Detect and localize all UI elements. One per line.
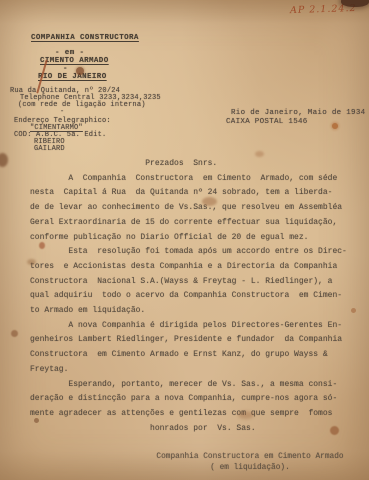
- letterhead-company-name: COMPANHIA CONSTRUCTORA: [31, 34, 139, 42]
- body-line: A Companhia Constructora em Cimento Arma…: [30, 172, 347, 187]
- letterhead-material: CIMENTO ARMADO: [40, 57, 109, 65]
- date-line: Rio de Janeiro, Maio de 1934: [231, 109, 365, 117]
- paper-stain: [332, 123, 338, 129]
- letterhead-separator-2: -: [60, 108, 64, 116]
- body-line: genheiros Lambert Riedlinger, Presidente…: [30, 333, 347, 348]
- letter-scan: AP 2.1.24.2 COMPANHIA CONSTRUCTORA - em …: [0, 0, 369, 480]
- body-line: Esperando, portanto, merecer de Vs. Sas.…: [30, 378, 347, 393]
- letterhead-separator-1: -: [63, 65, 68, 73]
- telegraph-code-gailard: GAILARD: [34, 145, 65, 153]
- body-line: nesta Capital á Rua da Quitanda nº 24 so…: [30, 186, 347, 201]
- letterhead-em: - em -: [55, 49, 84, 57]
- letterhead-phone-note: (com rede de ligação interna): [18, 101, 146, 109]
- letter-body: Prezados Snrs. A Companhia Constructora …: [30, 157, 347, 436]
- body-line: qual adquiriu todo o acervo da Companhia…: [30, 289, 347, 304]
- body-line: Prezados Snrs.: [30, 157, 347, 172]
- body-line: Freytag.: [30, 363, 347, 378]
- caixa-postal: CAIXA POSTAL 1546: [226, 118, 308, 126]
- signature-line-2: ( em liquidação).: [140, 463, 360, 474]
- body-line: tores e Accionistas desta Companhia e a …: [30, 260, 347, 275]
- body-line: Constructora em Cimento Armado e Ernst K…: [30, 348, 347, 363]
- body-line: conforme publicação no Diario Official d…: [30, 231, 347, 246]
- signature-block: Companhia Constructora em Cimento Armado…: [140, 452, 360, 474]
- body-line: deração e distincção para a nova Companh…: [30, 392, 347, 407]
- archival-annotation: AP 2.1.24.2: [290, 3, 357, 16]
- body-line: to Armado em liquidação.: [30, 304, 347, 319]
- signature-line-1: Companhia Constructora em Cimento Armado: [140, 452, 360, 463]
- paper-stain: [11, 330, 18, 337]
- body-line: honrados por Vs. Sas.: [30, 422, 347, 437]
- body-line: Constructora Nacional S.A.(Wayss & Freyt…: [30, 275, 347, 290]
- paper-stain: [351, 308, 356, 313]
- body-line: Esta resolução foi tomada após um accord…: [30, 245, 347, 260]
- body-line: de de levar ao conhecimento de Vs.Sas., …: [30, 201, 347, 216]
- paper-stain: [0, 153, 8, 167]
- body-line: Geral Extraordinaria de 15 do corrente e…: [30, 216, 347, 231]
- letterhead-city: RIO DE JANEIRO: [38, 73, 107, 81]
- body-line: mente agradecer as attenções e gentileza…: [30, 407, 347, 422]
- body-line: A nova Companhia é dirigida pelos Direct…: [30, 319, 347, 334]
